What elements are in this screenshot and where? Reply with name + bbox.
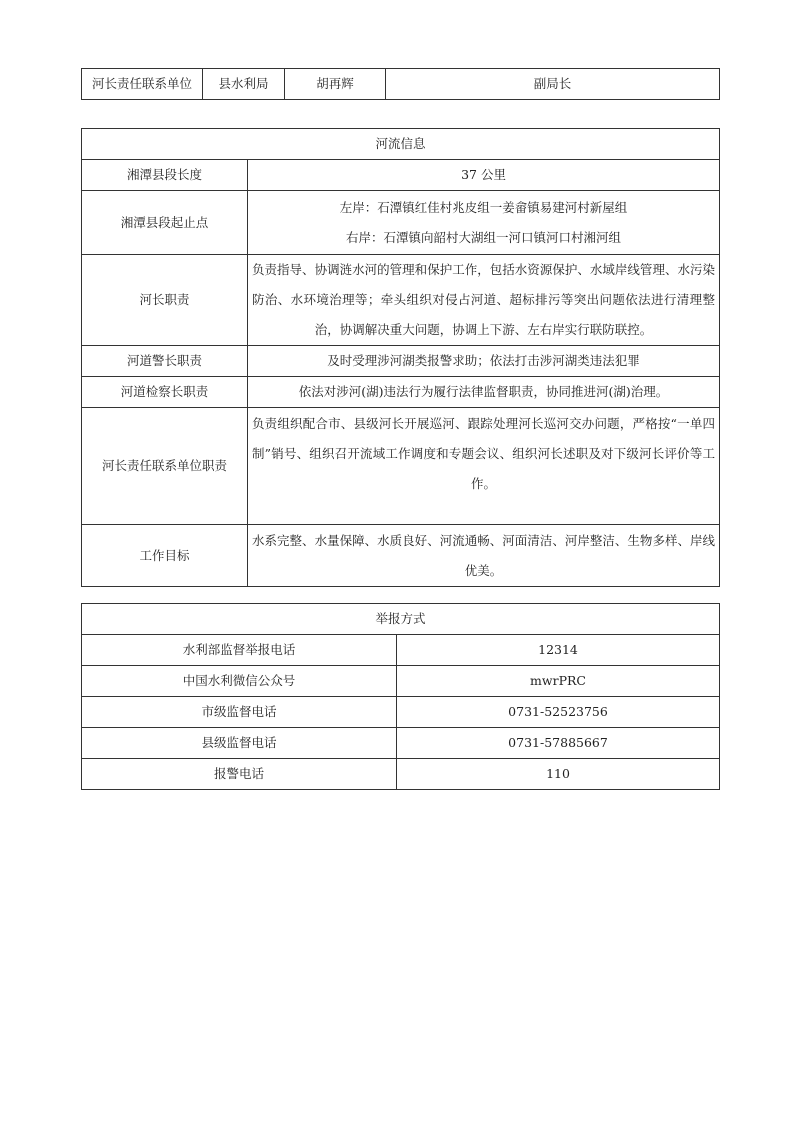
work-goal-text: 水系完整、水量保障、水质良好、河流通畅、河面清洁、河岸整洁、生物多样、岸线优美。 [252, 526, 715, 586]
row-value: 0731-52523756 [397, 697, 720, 728]
table-row: 报警电话 110 [82, 759, 720, 790]
row-label: 县级监督电话 [82, 728, 397, 759]
contact-unit-table: 河长责任联系单位 县水利局 胡再辉 副局长 [81, 68, 720, 100]
row-label: 河长职责 [82, 255, 248, 346]
table-row: 中国水利微信公众号 mwrPRC [82, 666, 720, 697]
contact-row: 河长责任联系单位 县水利局 胡再辉 副局长 [82, 69, 720, 100]
table-row: 工作目标 水系完整、水量保障、水质良好、河流通畅、河面清洁、河岸整洁、生物多样、… [82, 525, 720, 587]
row-label: 工作目标 [82, 525, 248, 587]
row-value: 依法对涉河(湖)违法行为履行法律监督职责，协同推进河(湖)治理。 [248, 377, 720, 408]
row-value: 110 [397, 759, 720, 790]
table-row: 水利部监督举报电话 12314 [82, 635, 720, 666]
row-value: mwrPRC [397, 666, 720, 697]
table-row: 湘潭县段长度 37 公里 [82, 160, 720, 191]
row-value: 12314 [397, 635, 720, 666]
row-value: 左岸：石潭镇红佳村兆皮组一姜畲镇易建河村新屋组 右岸：石潭镇向韶村大湖组一河口镇… [248, 191, 720, 255]
report-methods-table: 举报方式 水利部监督举报电话 12314 中国水利微信公众号 mwrPRC 市级… [81, 603, 720, 790]
contact-role: 河长责任联系单位 [82, 69, 203, 100]
table-row: 河道警长职责 及时受理涉河湖类报警求助；依法打击涉河湖类违法犯罪 [82, 346, 720, 377]
row-label: 河道警长职责 [82, 346, 248, 377]
table-row: 湘潭县段起止点 左岸：石潭镇红佳村兆皮组一姜畲镇易建河村新屋组 右岸：石潭镇向韶… [82, 191, 720, 255]
row-value: 负责指导、协调涟水河的管理和保护工作，包括水资源保护、水域岸线管理、水污染防治、… [248, 255, 720, 346]
row-label: 湘潭县段起止点 [82, 191, 248, 255]
right-bank-text: 右岸：石潭镇向韶村大湖组一河口镇河口村湘河组 [252, 223, 715, 253]
row-value: 水系完整、水量保障、水质良好、河流通畅、河面清洁、河岸整洁、生物多样、岸线优美。 [248, 525, 720, 587]
contact-person: 胡再辉 [285, 69, 386, 100]
row-value: 负责组织配合市、县级河长开展巡河、跟踪处理河长巡河交办问题，严格按“一单四制”销… [248, 408, 720, 525]
row-label: 市级监督电话 [82, 697, 397, 728]
row-value: 37 公里 [248, 160, 720, 191]
river-info-header-row: 河流信息 [82, 129, 720, 160]
row-label: 中国水利微信公众号 [82, 666, 397, 697]
contact-unit-duty-text: 负责组织配合市、县级河长开展巡河、跟踪处理河长巡河交办问题，严格按“一单四制”销… [252, 408, 715, 499]
row-label: 报警电话 [82, 759, 397, 790]
row-label: 河道检察长职责 [82, 377, 248, 408]
contact-position: 副局长 [386, 69, 720, 100]
contact-unit: 县水利局 [203, 69, 285, 100]
row-label: 水利部监督举报电话 [82, 635, 397, 666]
river-chief-duty-text: 负责指导、协调涟水河的管理和保护工作，包括水资源保护、水域岸线管理、水污染防治、… [252, 255, 715, 345]
river-info-title: 河流信息 [82, 129, 720, 160]
row-label: 河长责任联系单位职责 [82, 408, 248, 525]
left-bank-text: 左岸：石潭镇红佳村兆皮组一姜畲镇易建河村新屋组 [252, 193, 715, 223]
row-value: 0731-57885667 [397, 728, 720, 759]
table-row: 县级监督电话 0731-57885667 [82, 728, 720, 759]
table-row: 河长职责 负责指导、协调涟水河的管理和保护工作，包括水资源保护、水域岸线管理、水… [82, 255, 720, 346]
table-row: 河道检察长职责 依法对涉河(湖)违法行为履行法律监督职责，协同推进河(湖)治理。 [82, 377, 720, 408]
report-header-row: 举报方式 [82, 604, 720, 635]
row-label: 湘潭县段长度 [82, 160, 248, 191]
row-value: 及时受理涉河湖类报警求助；依法打击涉河湖类违法犯罪 [248, 346, 720, 377]
river-info-table: 河流信息 湘潭县段长度 37 公里 湘潭县段起止点 左岸：石潭镇红佳村兆皮组一姜… [81, 128, 720, 587]
table-row: 河长责任联系单位职责 负责组织配合市、县级河长开展巡河、跟踪处理河长巡河交办问题… [82, 408, 720, 525]
table-row: 市级监督电话 0731-52523756 [82, 697, 720, 728]
report-title: 举报方式 [82, 604, 720, 635]
